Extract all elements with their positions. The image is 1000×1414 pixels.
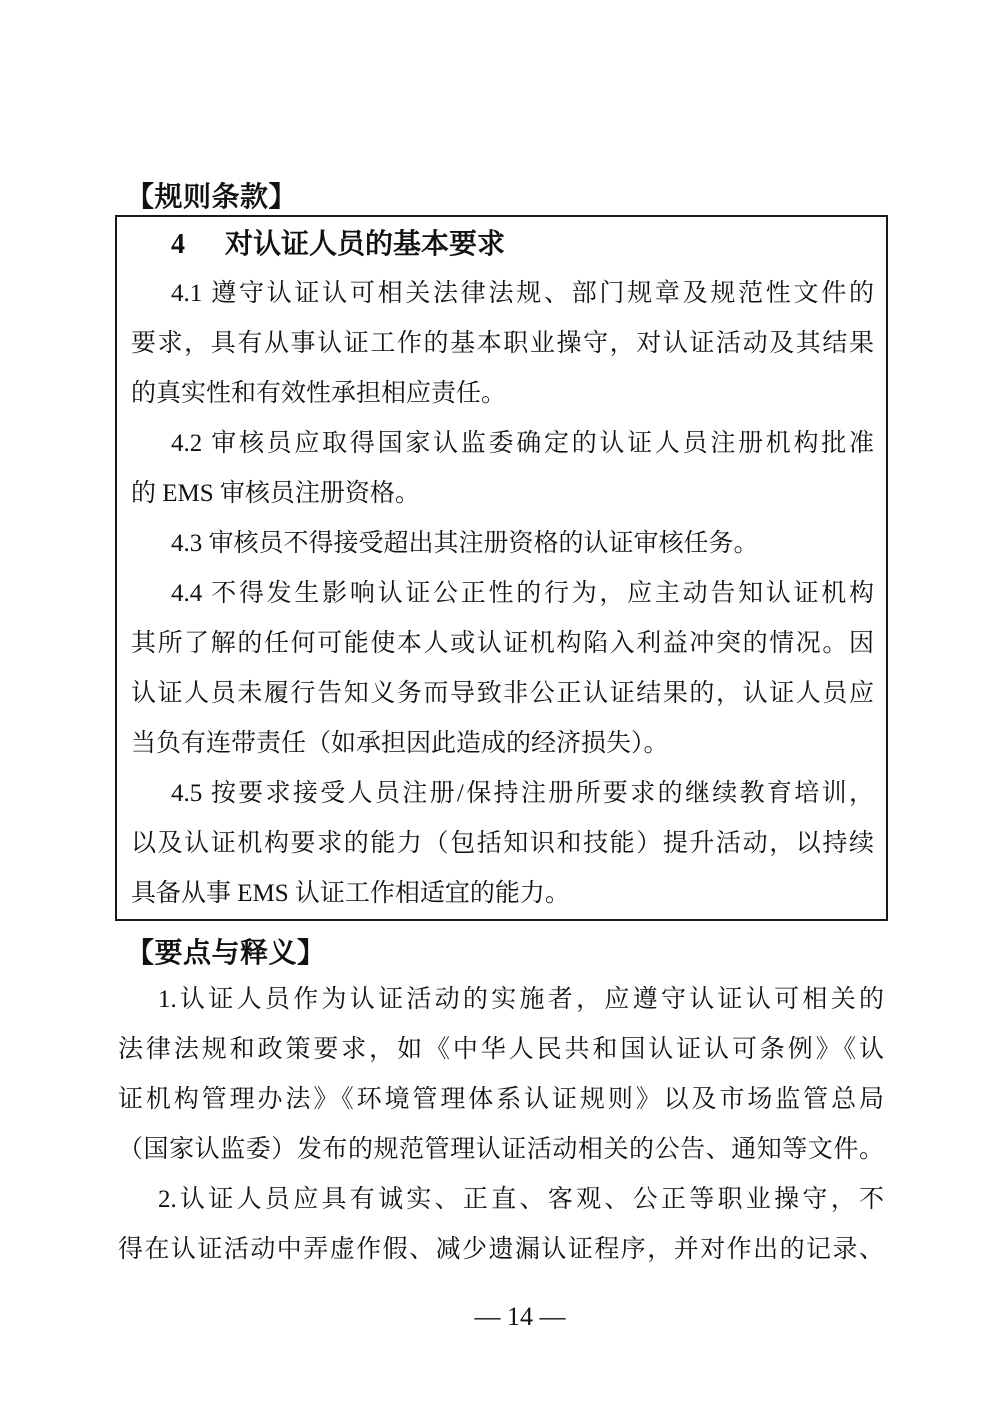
clause-line: 4.2 审核员应取得国家认监委确定的认证人员注册机构批准 — [131, 419, 874, 469]
clause-line: 4.5 按要求接受人员注册/保持注册所要求的继续教育培训， — [131, 769, 874, 819]
key-line: 1.认证人员作为认证活动的实施者，应遵守认证认可相关的 — [118, 975, 884, 1025]
page-number: — 14 — — [0, 1302, 1000, 1332]
key-line: 2.认证人员应具有诚实、正直、客观、公正等职业操守，不 — [118, 1175, 884, 1225]
clause-line: 以及认证机构要求的能力（包括知识和技能）提升活动，以持续 — [131, 819, 874, 869]
clause-line: 要求，具有从事认证工作的基本职业操守，对认证活动及其结果 — [131, 319, 874, 369]
clause-line: 4.1 遵守认证认可相关法律法规、部门规章及规范性文件的 — [131, 269, 874, 319]
key-line: 法律法规和政策要求，如《中华人民共和国认证认可条例》《认 — [118, 1025, 884, 1075]
rule-section-header: 【规则条款】 — [126, 180, 297, 214]
document-page: 【规则条款】 4对认证人员的基本要求 4.1 遵守认证认可相关法律法规、部门规章… — [0, 0, 1000, 1414]
clause-line: 4.4 不得发生影响认证公正性的行为，应主动告知认证机构 — [131, 569, 874, 619]
clause-heading-title: 对认证人员的基本要求 — [225, 228, 505, 259]
clause-line: 当负有连带责任（如承担因此造成的经济损失）。 — [131, 719, 874, 769]
key-line: 证机构管理办法》《环境管理体系认证规则》以及市场监管总局 — [118, 1075, 884, 1125]
clause-line: 其所了解的任何可能使本人或认证机构陷入利益冲突的情况。因 — [131, 619, 874, 669]
key-line: （国家认监委）发布的规范管理认证活动相关的公告、通知等文件。 — [118, 1125, 884, 1175]
clause-line: 的真实性和有效性承担相应责任。 — [131, 369, 874, 419]
clause-line: 具备从事 EMS 认证工作相适宜的能力。 — [131, 869, 874, 919]
clause-line: 认证人员未履行告知义务而导致非公正认证结果的，认证人员应 — [131, 669, 874, 719]
clause-heading: 4对认证人员的基本要求 — [131, 219, 874, 269]
key-section-body: 1.认证人员作为认证活动的实施者，应遵守认证认可相关的 法律法规和政策要求，如《… — [118, 975, 884, 1275]
clause-line: 4.3 审核员不得接受超出其注册资格的认证审核任务。 — [131, 519, 874, 569]
key-section-header: 【要点与释义】 — [126, 936, 326, 970]
clause-line: 的 EMS 审核员注册资格。 — [131, 469, 874, 519]
clause-heading-number: 4 — [171, 229, 185, 260]
key-line: 得在认证活动中弄虚作假、减少遗漏认证程序，并对作出的记录、 — [118, 1225, 884, 1275]
rule-clause-box: 4对认证人员的基本要求 4.1 遵守认证认可相关法律法规、部门规章及规范性文件的… — [115, 215, 888, 921]
